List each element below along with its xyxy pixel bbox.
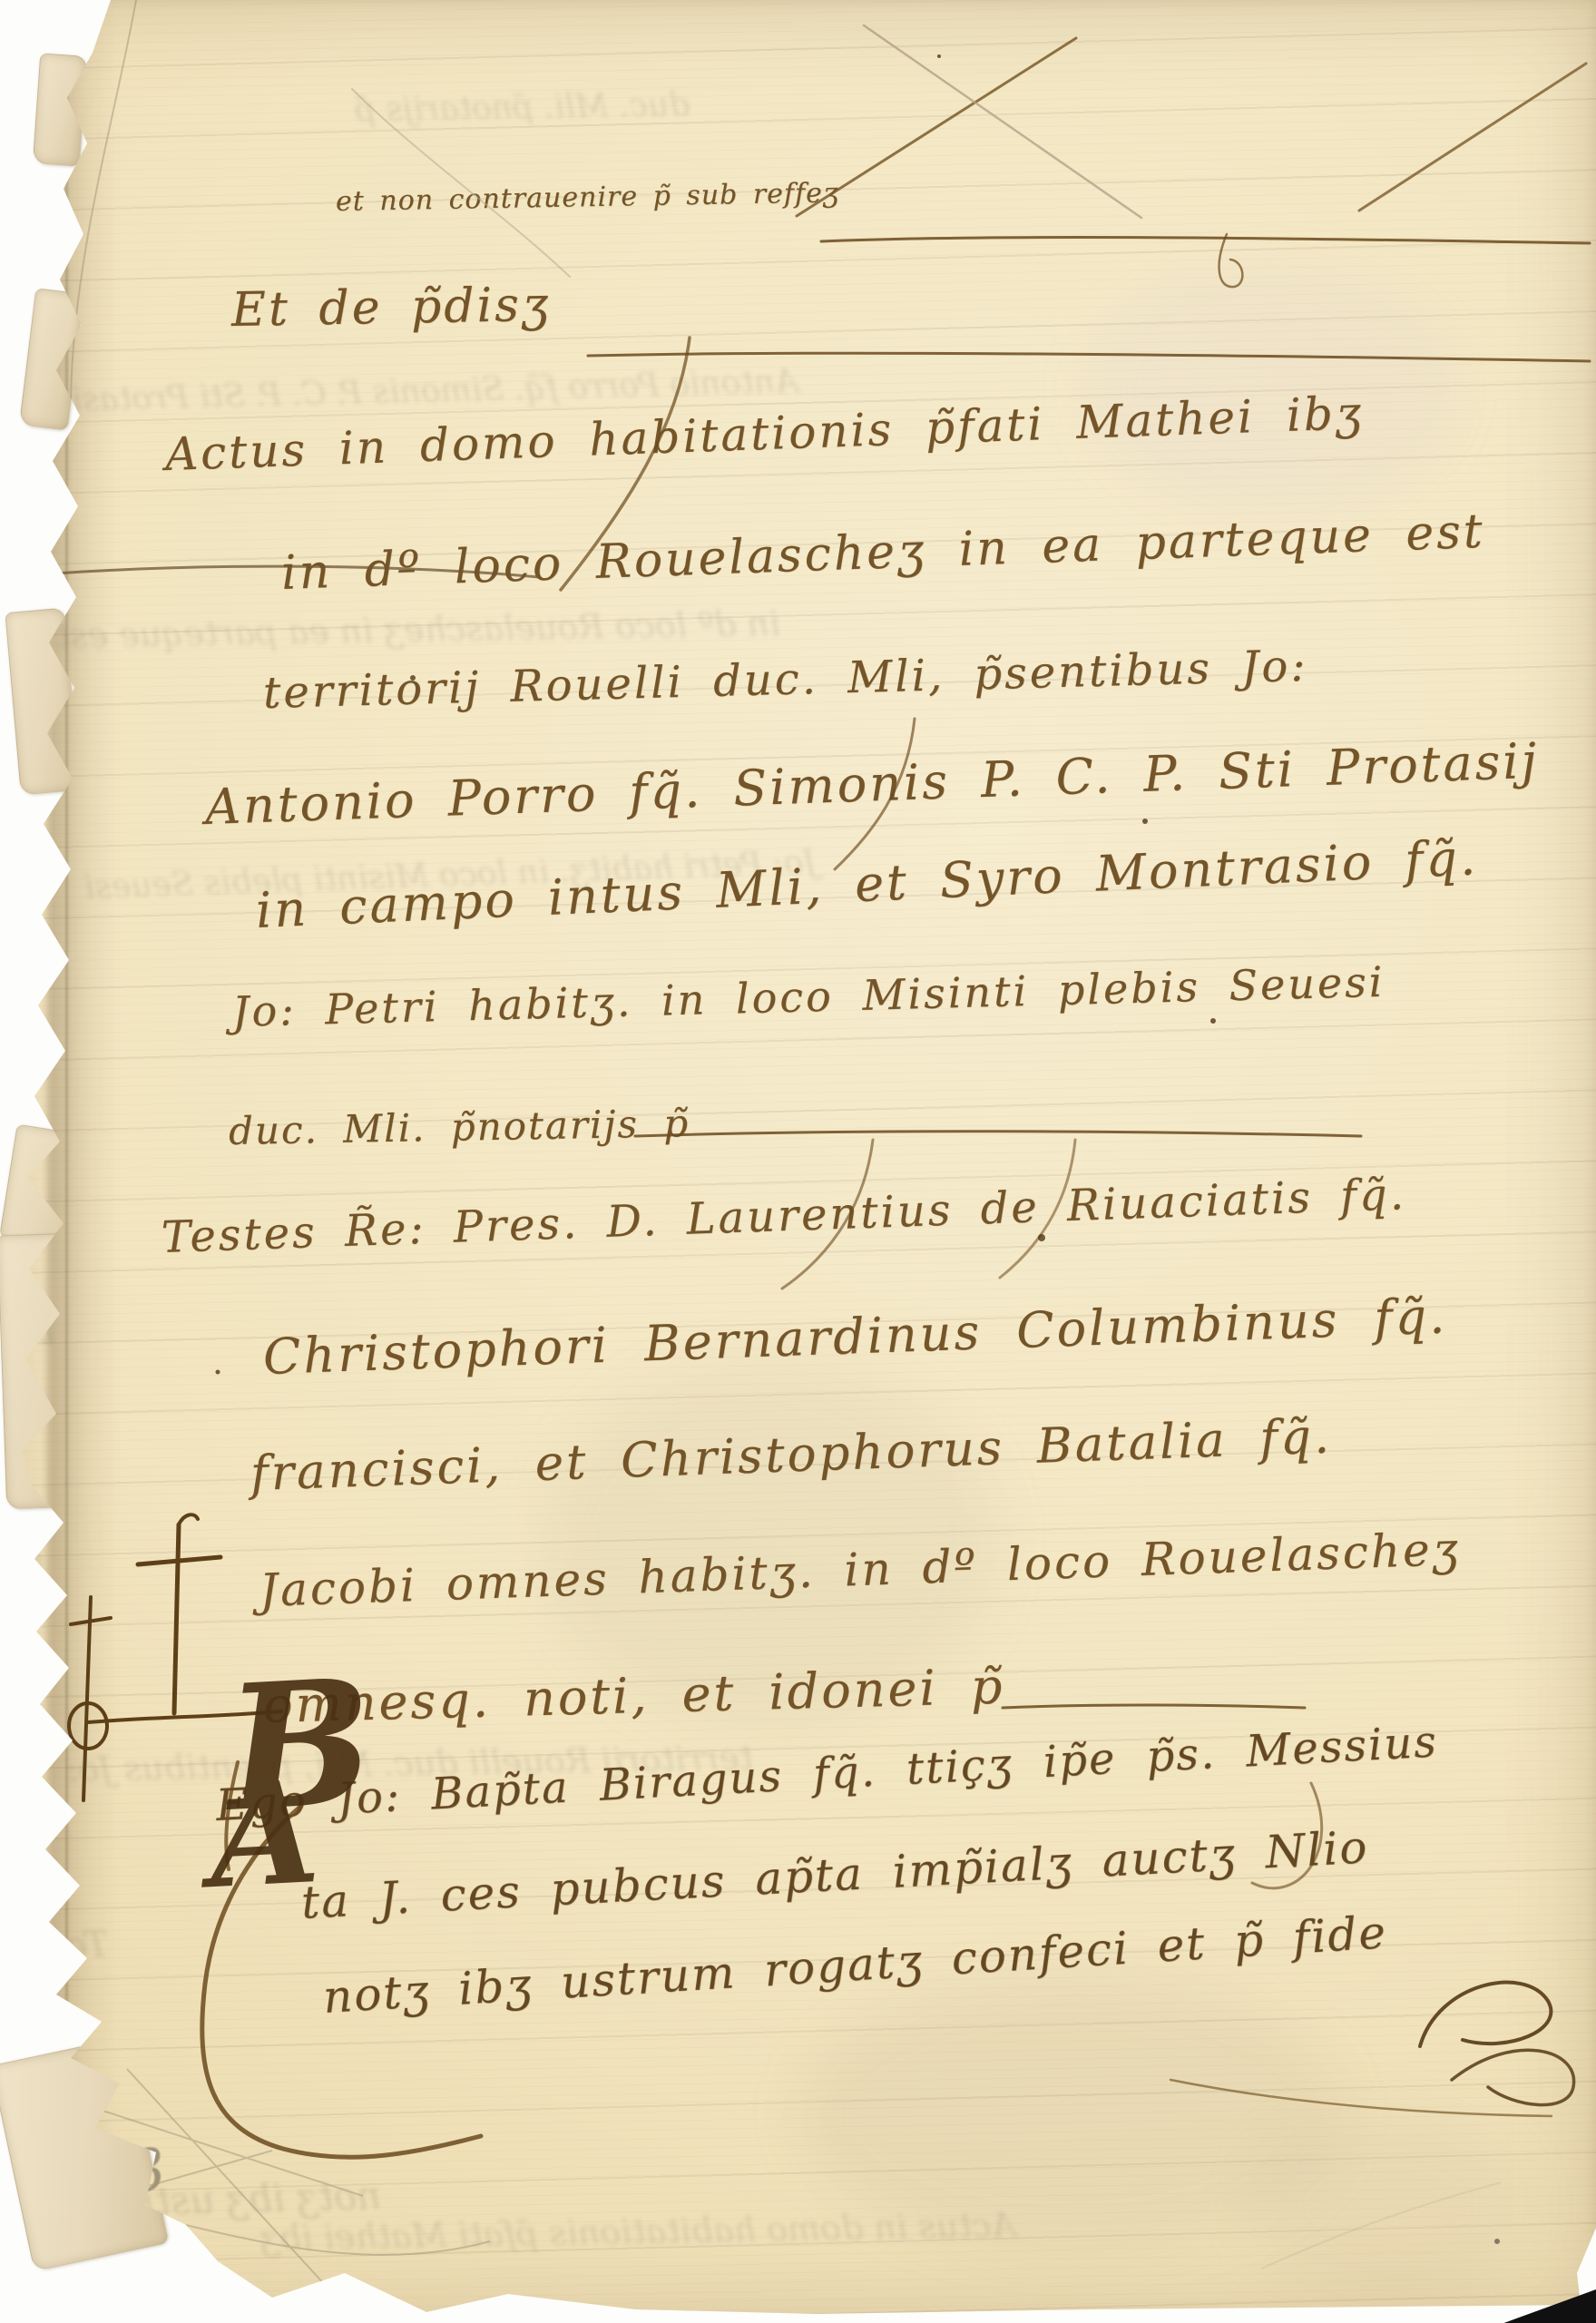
manuscript-line-6: Antonio Porro fq̃. Simonis P. C. P. Sti … xyxy=(204,732,1540,836)
manuscript-line-17: notʒ ibʒ ustrum rogatʒ confeci et p̃ fid… xyxy=(321,1906,1388,2024)
manuscript-line-2: Et de p̃disʒ xyxy=(230,278,551,338)
paper-stain xyxy=(798,1978,1343,2250)
manuscript-line-12: francisci, et Christophorus Batalia fq̃. xyxy=(250,1408,1333,1502)
manuscript-line-5: territorij Rouelli duc. Mli, p̃sentibus … xyxy=(262,641,1308,719)
bleedthrough-text: in dº loco Rouelascheʒ in ea parteque es… xyxy=(55,603,780,656)
manuscript-line-8: Jo: Petri habitʒ. in loco Misinti plebis… xyxy=(231,957,1385,1036)
paraph-flourish xyxy=(1420,1983,1574,2105)
manuscript-line-4: in dº loco Rouelascheʒ in ea parteque es… xyxy=(280,505,1486,601)
manuscript-line-15: Ego Jo: Bap̃ta Biragus fq̃. ttiçʒ ip̃e p… xyxy=(215,1716,1440,1830)
manuscript-line-1: et non contrauenire p̃ sub reffeʒ xyxy=(336,177,839,218)
bleedthrough-text: duc. Mli. p̃notarijs p̃ xyxy=(355,86,690,129)
bleedthrough-text: omnesq. noti, et idonei p̃ xyxy=(0,858,55,916)
manuscript-line-14: omnesq. noti, et idonei p̃ xyxy=(262,1658,1005,1734)
manuscript-line-11: Christophori Bernardinus Columbinus fq̃. xyxy=(262,1287,1448,1386)
manuscript-page: territorij Rouelli duc. Mli, p̃sentibus … xyxy=(0,0,1596,2323)
manuscript-line-3: Actus in domo habitationis p̃fati Mathei… xyxy=(164,387,1365,481)
manuscript-line-16: ta J. ces pubcus ap̃ta imp̃ialʒ auctʒ Nl… xyxy=(299,1820,1369,1929)
manuscript-line-7: in campo intus Mli, et Syro Montrasio fq… xyxy=(255,828,1480,939)
bleedthrough-text: Actus in domo habitationis p̃fati Mathei… xyxy=(259,2205,1016,2259)
bleedthrough-text: territorij Rouelli duc. Mli, p̃sentibus … xyxy=(0,109,37,172)
manuscript-scan: territorij Rouelli duc. Mli, p̃sentibus … xyxy=(0,0,1596,2323)
top-cancellation-strokes xyxy=(352,25,1586,287)
manuscript-line-9: duc. Mli. p̃notarijs p̃ xyxy=(229,1101,690,1153)
bleedthrough-text: francisci, et Christophorus Batalia fq̃. xyxy=(0,1543,46,1609)
manuscript-line-10: Testes R̃e: Pres. D. Laurentius de Riuac… xyxy=(161,1169,1407,1263)
manuscript-line-13: Jacobi omnes habitʒ. in dº loco Rouelasc… xyxy=(259,1523,1462,1617)
paper-stain xyxy=(1252,2114,1524,2296)
